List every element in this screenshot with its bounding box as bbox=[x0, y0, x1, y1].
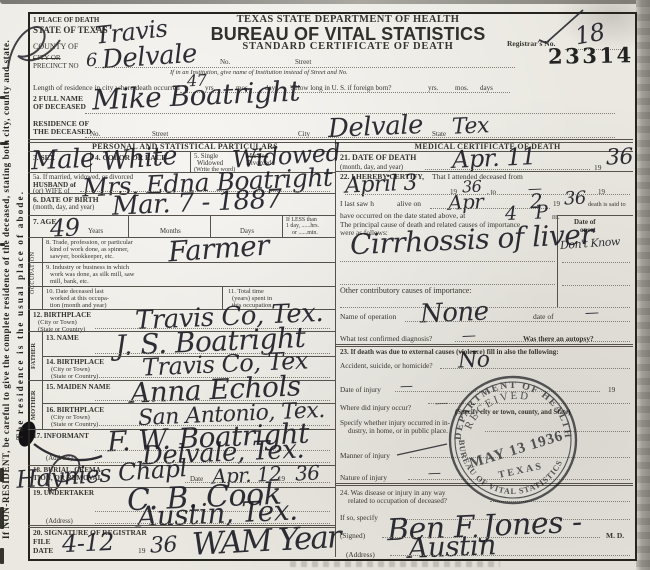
death-said-label: death is said to bbox=[588, 201, 626, 208]
trade-label-3: sawyer, bookkeeper, etc. bbox=[50, 253, 114, 260]
margin-instruction-line1: If NON-RESIDENT, be careful to give the … bbox=[1, 14, 11, 564]
mother-name-label: 15. MAIDEN NAME bbox=[46, 383, 110, 391]
rule-dotted bbox=[390, 555, 630, 556]
physician-address-label: (Address) bbox=[346, 551, 375, 559]
manner-stroke-icon bbox=[395, 441, 450, 457]
specify-injury-label-1: Specify whether injury occurred in in- bbox=[340, 419, 450, 427]
mother-birthplace-label: 16. BIRTHPLACE bbox=[46, 406, 104, 414]
injury-19-label: 19 bbox=[608, 386, 615, 394]
full-name-label2: OF DECEASED bbox=[33, 103, 86, 111]
file-date-value: 4-12 bbox=[62, 530, 115, 556]
to-19-label: 19 bbox=[598, 189, 605, 197]
scan-right-strip-mottle bbox=[636, 0, 650, 570]
cert-title: STANDARD CERTIFICATE OF DEATH bbox=[233, 41, 463, 53]
accident-label: Accident, suicide, or homicide? bbox=[340, 362, 433, 370]
file-year-value: 36 bbox=[150, 534, 178, 557]
violence-label: 23. If death was due to external causes … bbox=[340, 349, 559, 357]
rule-dotted bbox=[562, 285, 630, 286]
occupation-vertical-label: OCCUPATION bbox=[30, 240, 37, 306]
contributory-label: Other contributory causes of importance: bbox=[340, 287, 472, 296]
birthplace-label: 12. BIRTHPLACE bbox=[33, 311, 91, 319]
specify-injury-label-2: dustry, in home, or in public place. bbox=[348, 427, 448, 435]
occupation-related-label-1: 24. Was disease or injury in any way bbox=[340, 489, 445, 497]
death-certificate-scan: If NON-RESIDENT, be careful to give the … bbox=[0, 0, 650, 570]
industry-label-3: mill, bank, etc. bbox=[50, 278, 89, 285]
occupation-related-label-2: related to occupation of deceased? bbox=[348, 497, 447, 505]
date-label: DATE bbox=[33, 547, 53, 555]
rule-h bbox=[28, 262, 335, 263]
signed-label: (Signed) bbox=[340, 532, 365, 540]
rule-v bbox=[282, 215, 283, 237]
county-of-label: COUNTY OF bbox=[33, 43, 78, 52]
age-less2-label: 1 day, ......hrs. bbox=[286, 223, 319, 230]
rule-v-center bbox=[335, 139, 336, 557]
injury-where-label: Where did injury occur? bbox=[340, 404, 411, 412]
dod-label: 21. DATE OF DEATH bbox=[340, 154, 416, 163]
rule-dotted bbox=[340, 284, 555, 285]
injury-date-label: Date of injury bbox=[340, 386, 381, 394]
margin-instruction-line2: The residence is the usual place of abod… bbox=[15, 150, 25, 480]
residence-label2: THE DECEASED bbox=[33, 128, 92, 136]
age-years-label: Years bbox=[88, 228, 103, 236]
registrar-signature-value: WAM Year bbox=[191, 522, 340, 561]
nature-label: Nature of injury bbox=[340, 474, 387, 482]
rule-dotted bbox=[95, 67, 515, 68]
operation-date-dash: — bbox=[585, 306, 599, 321]
operation-value: None bbox=[419, 299, 489, 328]
test-label: What test confirmed diagnosis? bbox=[340, 335, 432, 343]
place-of-death-label: 1 PLACE OF DEATH bbox=[33, 17, 99, 25]
accident-value: No bbox=[458, 349, 490, 372]
rule-v bbox=[42, 237, 43, 309]
scan-top-smudge bbox=[0, 0, 650, 4]
no-label: No. bbox=[220, 59, 230, 67]
operation-label: Name of operation bbox=[340, 313, 396, 321]
rule-h bbox=[335, 344, 633, 345]
stamp-texas-text: TEXAS bbox=[497, 461, 544, 481]
undertaker-label: 19. UNDERTAKER bbox=[33, 489, 94, 497]
to-label: , to bbox=[487, 189, 496, 197]
rule-v bbox=[128, 215, 129, 237]
physician-address-value: Austin bbox=[407, 531, 496, 563]
burial-year-value: 36 bbox=[295, 462, 320, 483]
saw-19-label: 19 bbox=[553, 201, 560, 209]
informant-label: 17. INFORMANT bbox=[33, 432, 89, 440]
last-saw-month: Apr bbox=[448, 191, 484, 213]
dob-sub-label: (month, day, and year) bbox=[33, 204, 94, 212]
mother-birthplace-state-sub: (State or Country) bbox=[51, 421, 98, 428]
manner-label: Manner of injury bbox=[340, 452, 390, 460]
rule-dotted bbox=[425, 169, 590, 170]
dod-value: Apr. 11 bbox=[452, 144, 537, 172]
precinct-label: PRECINCT NO bbox=[33, 63, 79, 71]
cert-number-stamp: 23314 bbox=[548, 43, 634, 68]
md-label: M. D. bbox=[606, 532, 624, 540]
last-saw-year: 36 bbox=[564, 190, 587, 209]
age-less3-label: or ......min. bbox=[292, 230, 318, 237]
if-so-specify-label: If so, specify bbox=[340, 514, 378, 522]
rule-dotted bbox=[562, 262, 630, 263]
rule-dotted bbox=[345, 194, 630, 195]
alive-on-label: alive on bbox=[397, 200, 421, 208]
birthplace-state-sub: (State or Country) bbox=[38, 326, 85, 333]
rule-dotted bbox=[405, 321, 630, 322]
file-19-label: 19 bbox=[138, 547, 146, 555]
dod-year-value: 36 bbox=[606, 146, 634, 169]
father-birthplace-label: 14. BIRTHPLACE bbox=[46, 358, 104, 366]
sex-value: Male bbox=[30, 146, 95, 175]
rule-v bbox=[42, 380, 43, 429]
father-name-label: 13. NAME bbox=[46, 334, 79, 342]
rule-dotted bbox=[85, 137, 615, 138]
rule-dotted bbox=[340, 261, 555, 262]
rule-dotted bbox=[440, 368, 630, 369]
last-saw-label: I last saw h bbox=[340, 200, 374, 208]
street-label: Street bbox=[295, 59, 311, 67]
mother-vertical-label: MOTHER bbox=[30, 383, 37, 427]
rule-h bbox=[557, 215, 633, 216]
rule-h bbox=[28, 286, 335, 287]
received-stamp: DEPARTMENT OF HEALTH BUREAU OF VITAL STA… bbox=[447, 374, 579, 506]
rule-dotted bbox=[455, 341, 630, 342]
father-vertical-label: FATHER bbox=[30, 334, 37, 378]
checkmark-icon bbox=[533, 6, 591, 46]
res-state-value: Tex bbox=[452, 115, 490, 139]
